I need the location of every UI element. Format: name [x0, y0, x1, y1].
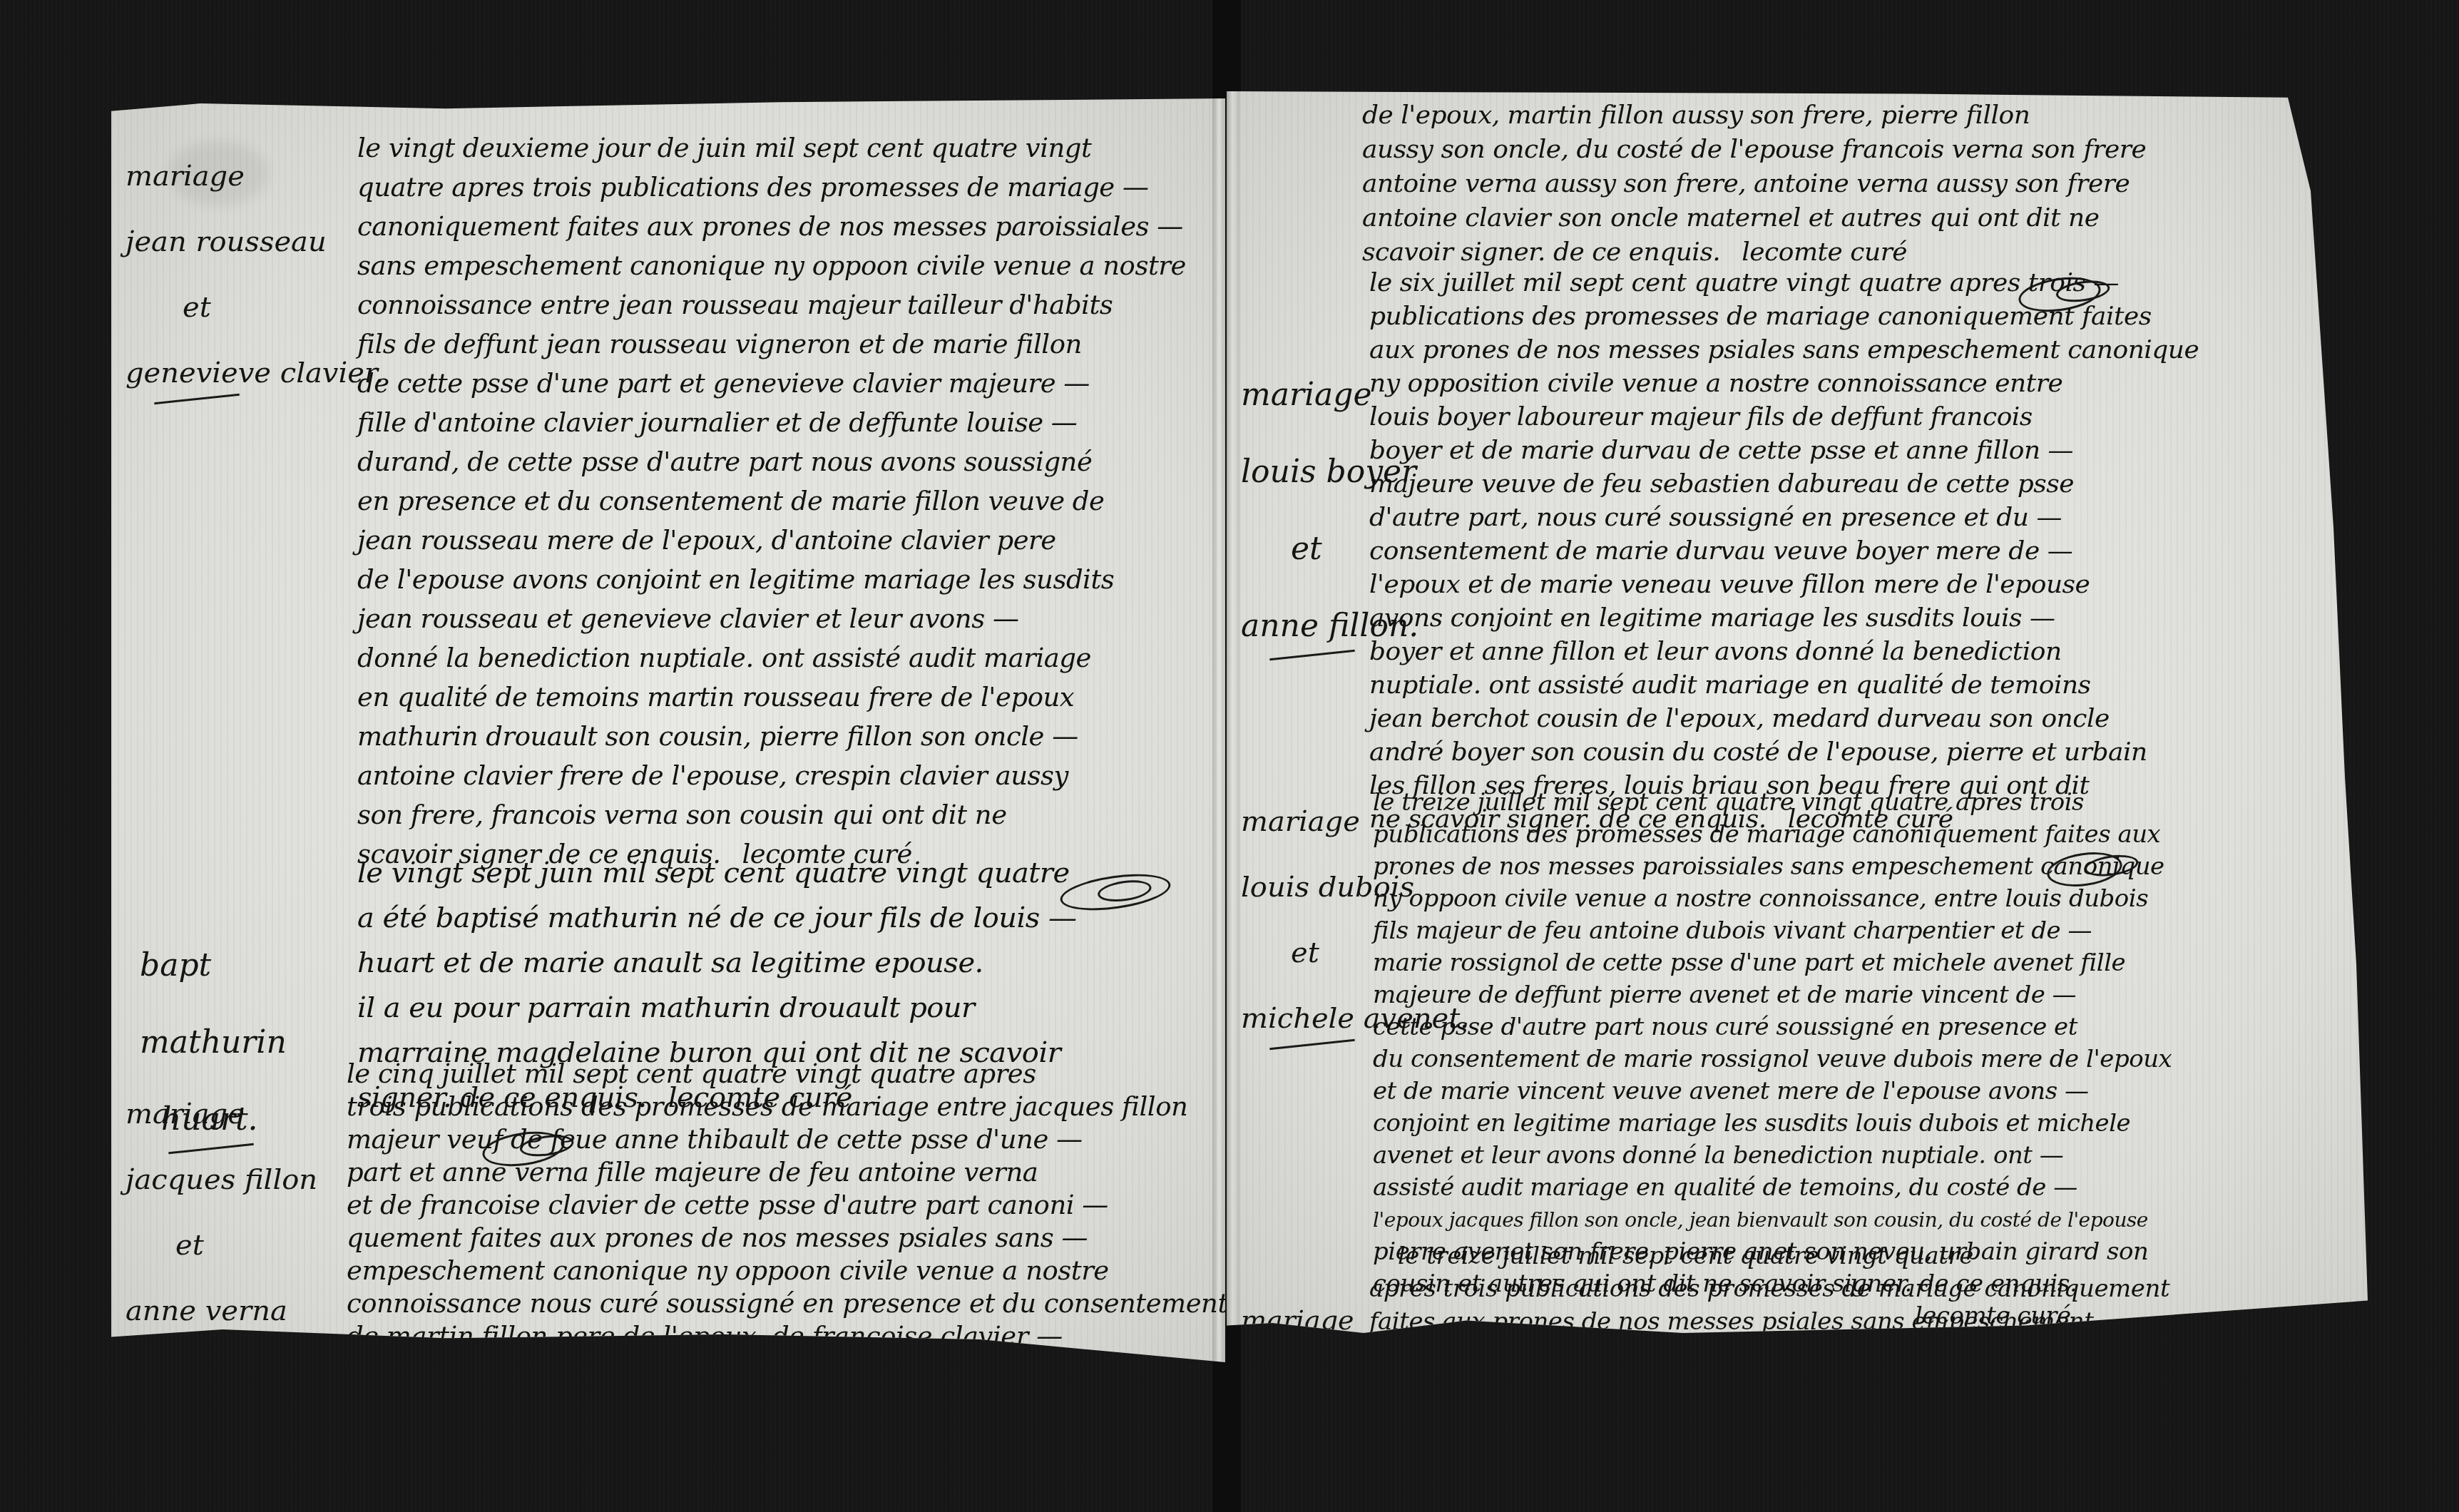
- margin-note-line: et: [175, 1229, 204, 1262]
- entry-line: mathurin drouault son cousin, pierre fil…: [357, 717, 1186, 756]
- entry-line: de cette psse d'une part et genevieve cl…: [357, 364, 1186, 403]
- entry-line: a été baptisé mathurin né de ce jour fil…: [357, 896, 1077, 941]
- page-fold: [1227, 91, 1239, 1338]
- entry-line: connoissance entre jean rousseau majeur …: [357, 285, 1186, 325]
- entry-line: publications des promesses de mariage ca…: [1373, 819, 2172, 851]
- entry-line: quement faites aux prones de nos messes …: [347, 1222, 1225, 1255]
- entry-line: ny oppoon civile venue a nostre connoiss…: [1373, 883, 2172, 915]
- entry-line: canoniquement faites aux prones de nos m…: [357, 207, 1186, 246]
- entry-line: majeure de deffunt pierre avenet et de m…: [1373, 979, 2172, 1011]
- entry-line: connoissance nous curé soussigné en pres…: [347, 1287, 1225, 1320]
- entry-line: huart et de marie anault sa legitime epo…: [357, 941, 1077, 986]
- entry-line: jean berchot cousin de l'epoux, medard d…: [1369, 702, 2199, 735]
- margin-note-line: et: [1291, 936, 1319, 969]
- entry-line: le treize juillet mil sept cent quatre v…: [1369, 1240, 2169, 1272]
- margin-note-line: jean rousseau: [126, 225, 327, 258]
- entry-line: jean rousseau mere de l'epoux, d'antoine…: [357, 521, 1186, 560]
- entry-line: fils majeur de feu antoine dubois vivant…: [1373, 915, 2172, 947]
- entry-line: l'epoux et de marie veneau veuve fillon …: [1369, 568, 2199, 601]
- entry-line: en qualité de temoins martin rousseau fr…: [357, 678, 1186, 717]
- entry-line: il a eu pour parrain mathurin drouault p…: [357, 986, 1077, 1031]
- entry-line: donné la benediction nuptiale. ont assis…: [357, 638, 1186, 678]
- right-page: de l'epoux, martin fillon aussy son frer…: [1227, 91, 2368, 1338]
- entry-line: durand, de cette psse d'autre part nous …: [357, 442, 1186, 481]
- entry-line: apres trois publications des promesses d…: [1369, 1272, 2169, 1305]
- entry-line: fille d'antoine clavier journalier et de…: [357, 403, 1186, 442]
- margin-note-line: et: [1291, 531, 1322, 567]
- entry-line: antoine clavier frere de l'epouse, cresp…: [357, 756, 1186, 795]
- entry-line: aux prones de nos messes psiales sans em…: [1369, 333, 2199, 367]
- entry-line: quatre apres trois publications des prom…: [357, 168, 1186, 207]
- entry-line: scavoir signer. de ce enquis.: [1362, 237, 1720, 267]
- entry-line: majeure veuve de feu sebastien dabureau …: [1369, 467, 2199, 501]
- entry-line: le vingt deuxieme jour de juin mil sept …: [357, 128, 1186, 168]
- entry-line: conjoint en legitime mariage les susdits…: [1373, 1108, 2172, 1140]
- margin-underline: [1269, 1039, 1355, 1051]
- margin-note-line: et: [183, 291, 211, 324]
- entry-line: consentement de marie durvau veuve boyer…: [1369, 534, 2199, 568]
- entry-line: ny opposition civile venue a nostre conn…: [1369, 367, 2199, 400]
- entry-line: avenet et leur avons donné la benedictio…: [1373, 1140, 2172, 1172]
- register-entry-3: le cinq juillet mil sept cent quatre vin…: [347, 1058, 1225, 1362]
- margin-underline: [154, 394, 240, 405]
- entry-line: assisté audit mariage en qualité de temo…: [1373, 1172, 2172, 1204]
- entry-line: le cinq juillet mil sept cent quatre vin…: [347, 1058, 1225, 1090]
- entry-line: du consentement de marie rossignol veuve…: [1373, 1043, 2172, 1076]
- register-entry-1: le vingt deuxieme jour de juin mil sept …: [357, 128, 1186, 874]
- entry-line: avons conjoint en legitime mariage les s…: [1369, 601, 2199, 635]
- margin-note-line: genevieve clavier.: [126, 357, 384, 389]
- register-entry-continuation: de l'epoux, martin fillon aussy son frer…: [1362, 98, 2146, 270]
- entry-line: de l'epouse avons conjoint en legitime m…: [357, 560, 1186, 599]
- entry-line: fils de deffunt jean rousseau vigneron e…: [357, 325, 1186, 364]
- entry-line: le treize juillet mil sept cent quatre v…: [1373, 787, 2172, 819]
- margin-note-line: mathurin: [140, 1024, 287, 1061]
- entry-line: sans empeschement canonique ny oppoon ci…: [357, 246, 1186, 285]
- margin-note-entry-1: mariage jean rousseau et genevieve clavi…: [126, 127, 384, 433]
- entry-line: publications des promesses de mariage ca…: [1369, 300, 2199, 333]
- margin-underline: [1269, 650, 1355, 661]
- register-entry-boyer-fillon: le six juillet mil sept cent quatre ving…: [1369, 266, 2199, 836]
- entry-line: nuptiale. ont assisté audit mariage en q…: [1369, 668, 2199, 702]
- entry-line: son frere, francois verna son cousin qui…: [357, 795, 1186, 834]
- margin-note-line: jacques fillon: [126, 1163, 317, 1196]
- entry-line: le vingt sept juin mil sept cent quatre …: [357, 851, 1077, 896]
- entry-line: boyer et anne fillon et leur avons donné…: [1369, 635, 2199, 668]
- margin-note-line: mariage: [1241, 805, 1360, 838]
- signature: lecomte curé: [1742, 235, 1907, 270]
- entry-line: louis boyer laboureur majeur fils de def…: [1369, 400, 2199, 434]
- entry-line: part et anne verna fille majeure de feu …: [347, 1156, 1225, 1189]
- entry-line: andré boyer son cousin du costé de l'epo…: [1369, 735, 2199, 769]
- entry-line: et de marie vincent veuve avenet mere de…: [1373, 1076, 2172, 1108]
- margin-note-entry-3: mariage jacques fillon et anne verna: [126, 1065, 317, 1362]
- entry-line: en presence et du consentement de marie …: [357, 481, 1186, 521]
- entry-line: marie rossignol de cette psse d'une part…: [1373, 947, 2172, 979]
- entry-line: jean rousseau et genevieve clavier et le…: [357, 599, 1186, 638]
- margin-note-line: anne verna: [126, 1294, 287, 1327]
- entry-line: antoine verna aussy son frere, antoine v…: [1362, 167, 2146, 201]
- entry-line: le six juillet mil sept cent quatre ving…: [1369, 266, 2199, 300]
- entry-line: trois publications des promesses de mari…: [347, 1090, 1225, 1123]
- entry-line: prones de nos messes paroissiales sans e…: [1373, 851, 2172, 883]
- left-page: mariage jean rousseau et genevieve clavi…: [111, 98, 1225, 1362]
- entry-line: et de francoise clavier de cette psse d'…: [347, 1189, 1225, 1222]
- entry-line: d'autre part, nous curé soussigné en pre…: [1369, 501, 2199, 534]
- entry-line: antoine clavier son oncle maternel et au…: [1362, 201, 2146, 235]
- margin-note-line: bapt: [140, 947, 211, 984]
- entry-line: de l'epoux, martin fillon aussy son frer…: [1362, 98, 2146, 133]
- entry-line: empeschement canonique ny oppoon civile …: [347, 1255, 1225, 1287]
- entry-line: majeur veuf de feue anne thibault de cet…: [347, 1123, 1225, 1156]
- margin-note-line: mariage: [126, 1098, 245, 1130]
- entry-line: cette psse d'autre part nous curé soussi…: [1373, 1011, 2172, 1043]
- entry-line: l'epoux jacques fillon son oncle, jean b…: [1373, 1204, 2172, 1236]
- entry-line: boyer et de marie durvau de cette psse e…: [1369, 434, 2199, 467]
- entry-line: aussy son oncle, du costé de l'epouse fr…: [1362, 133, 2146, 167]
- margin-note-line: mariage: [1241, 377, 1372, 413]
- margin-note-line: mariage: [126, 160, 245, 193]
